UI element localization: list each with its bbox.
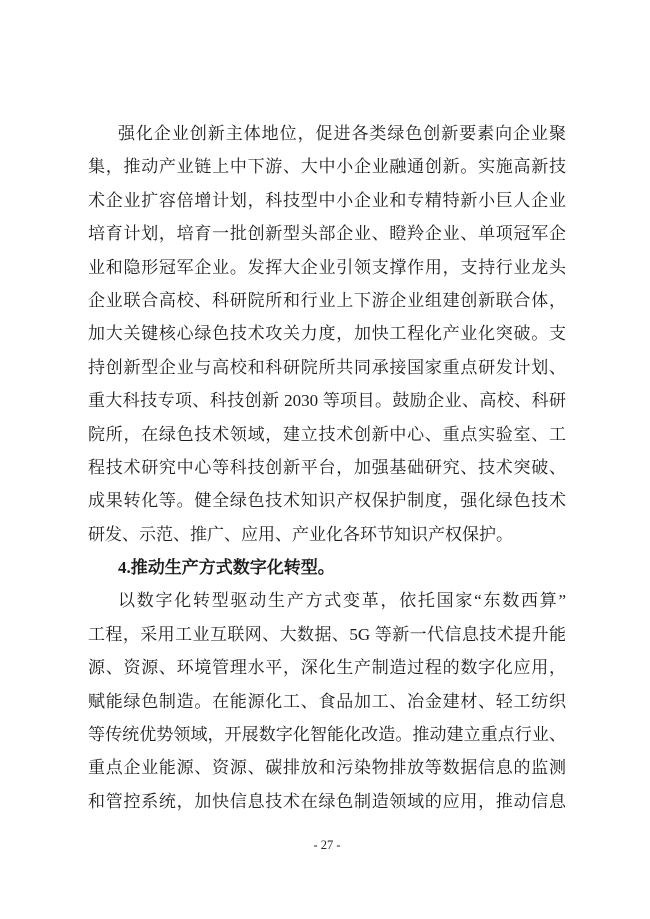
text-line: 集，推动产业链上中下游、大中小企业融通创新。实施高新技 bbox=[88, 150, 566, 183]
document-page: 强化企业创新主体地位，促进各类绿色创新要素向企业聚集，推动产业链上中下游、大中小… bbox=[0, 0, 650, 919]
heading-line: 4.推动生产方式数字化转型。 bbox=[88, 551, 566, 584]
text-line: 术企业扩容倍增计划，科技型中小企业和专精特新小巨人企业 bbox=[88, 184, 566, 217]
document-body: 强化企业创新主体地位，促进各类绿色创新要素向企业聚集，推动产业链上中下游、大中小… bbox=[88, 117, 566, 818]
text-line: 重大科技专项、科技创新 2030 等项目。鼓励企业、高校、科研 bbox=[88, 384, 566, 417]
text-line: 持创新型企业与高校和科研院所共同承接国家重点研发计划、 bbox=[88, 351, 566, 384]
text-line: 企业联合高校、科研院所和行业上下游企业组建创新联合体， bbox=[88, 284, 566, 317]
text-line: 源、资源、环境管理水平，深化生产制造过程的数字化应用， bbox=[88, 651, 566, 684]
text-line: 赋能绿色制造。在能源化工、食品加工、冶金建材、轻工纺织 bbox=[88, 685, 566, 718]
page-number: - 27 - bbox=[313, 838, 340, 852]
text-line: 加大关键核心绿色技术攻关力度，加快工程化产业化突破。支 bbox=[88, 317, 566, 350]
text-line: 等传统优势领域，开展数字化智能化改造。推动建立重点行业、 bbox=[88, 718, 566, 751]
text-line: 强化企业创新主体地位，促进各类绿色创新要素向企业聚 bbox=[88, 117, 566, 150]
text-line: 重点企业能源、资源、碳排放和污染物排放等数据信息的监测 bbox=[88, 751, 566, 784]
text-line: 业和隐形冠军企业。发挥大企业引领支撑作用，支持行业龙头 bbox=[88, 251, 566, 284]
text-line: 研发、示范、推广、应用、产业化各环节知识产权保护。 bbox=[88, 518, 566, 551]
text-line: 和管控系统，加快信息技术在绿色制造领域的应用，推动信息 bbox=[88, 785, 566, 818]
text-line: 院所，在绿色技术领域，建立技术创新中心、重点实验室、工 bbox=[88, 418, 566, 451]
text-line: 以数字化转型驱动生产方式变革，依托国家“东数西算” bbox=[88, 584, 566, 617]
text-line: 程技术研究中心等科技创新平台，加强基础研究、技术突破、 bbox=[88, 451, 566, 484]
text-line: 成果转化等。健全绿色技术知识产权保护制度，强化绿色技术 bbox=[88, 484, 566, 517]
text-line: 培育计划，培育一批创新型头部企业、瞪羚企业、单项冠军企 bbox=[88, 217, 566, 250]
text-line: 工程，采用工业互联网、大数据、5G 等新一代信息技术提升能 bbox=[88, 618, 566, 651]
page-footer: - 27 - bbox=[88, 838, 566, 853]
